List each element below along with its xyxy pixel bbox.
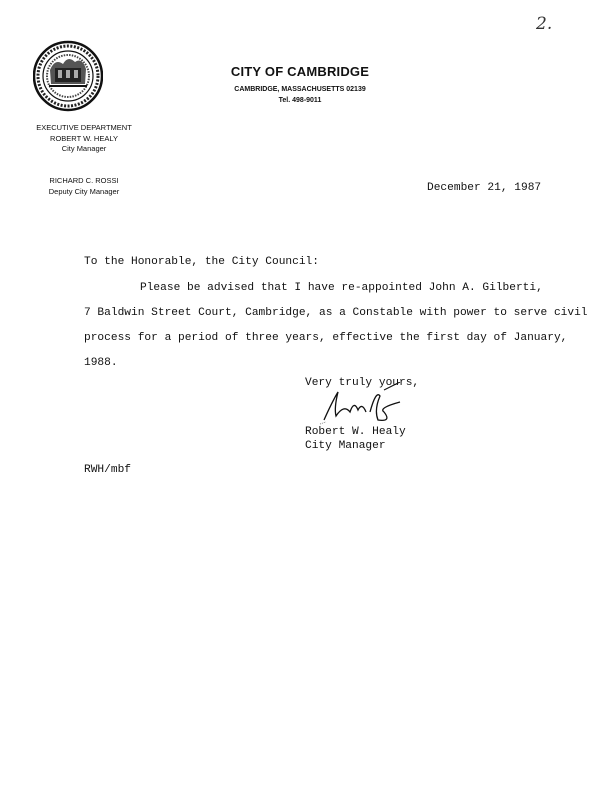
manager-title: City Manager [20,144,148,155]
letter-date: December 21, 1987 [427,181,541,195]
body-line-4: 1988. [84,356,118,370]
letterhead-title: CITY OF CAMBRIDGE [200,64,400,79]
signature-icon [318,382,403,430]
body-line-1: Please be advised that I have re-appoint… [140,281,543,295]
deputy-block: RICHARD C. ROSSI Deputy City Manager [20,176,148,197]
page-number-mark: 2. [536,14,552,34]
body-line-3: process for a period of three years, eff… [84,331,567,345]
body-line-2: 7 Baldwin Street Court, Cambridge, as a … [84,306,588,320]
letterhead-telephone: Tel. 498-9011 [200,97,400,104]
letterhead-address: CAMBRIDGE, MASSACHUSETTS 02139 [200,86,400,93]
salutation: To the Honorable, the City Council: [84,255,319,269]
reference-initials: RWH/mbf [84,463,131,477]
city-seal-icon [33,40,103,112]
department-name: EXECUTIVE DEPARTMENT [20,123,148,134]
deputy-title: Deputy City Manager [20,187,148,198]
signer-name: Robert W. Healy [305,425,406,439]
department-block: EXECUTIVE DEPARTMENT ROBERT W. HEALY Cit… [20,123,148,155]
signer-title: City Manager [305,439,386,453]
deputy-name: RICHARD C. ROSSI [20,176,148,187]
manager-name: ROBERT W. HEALY [20,134,148,145]
